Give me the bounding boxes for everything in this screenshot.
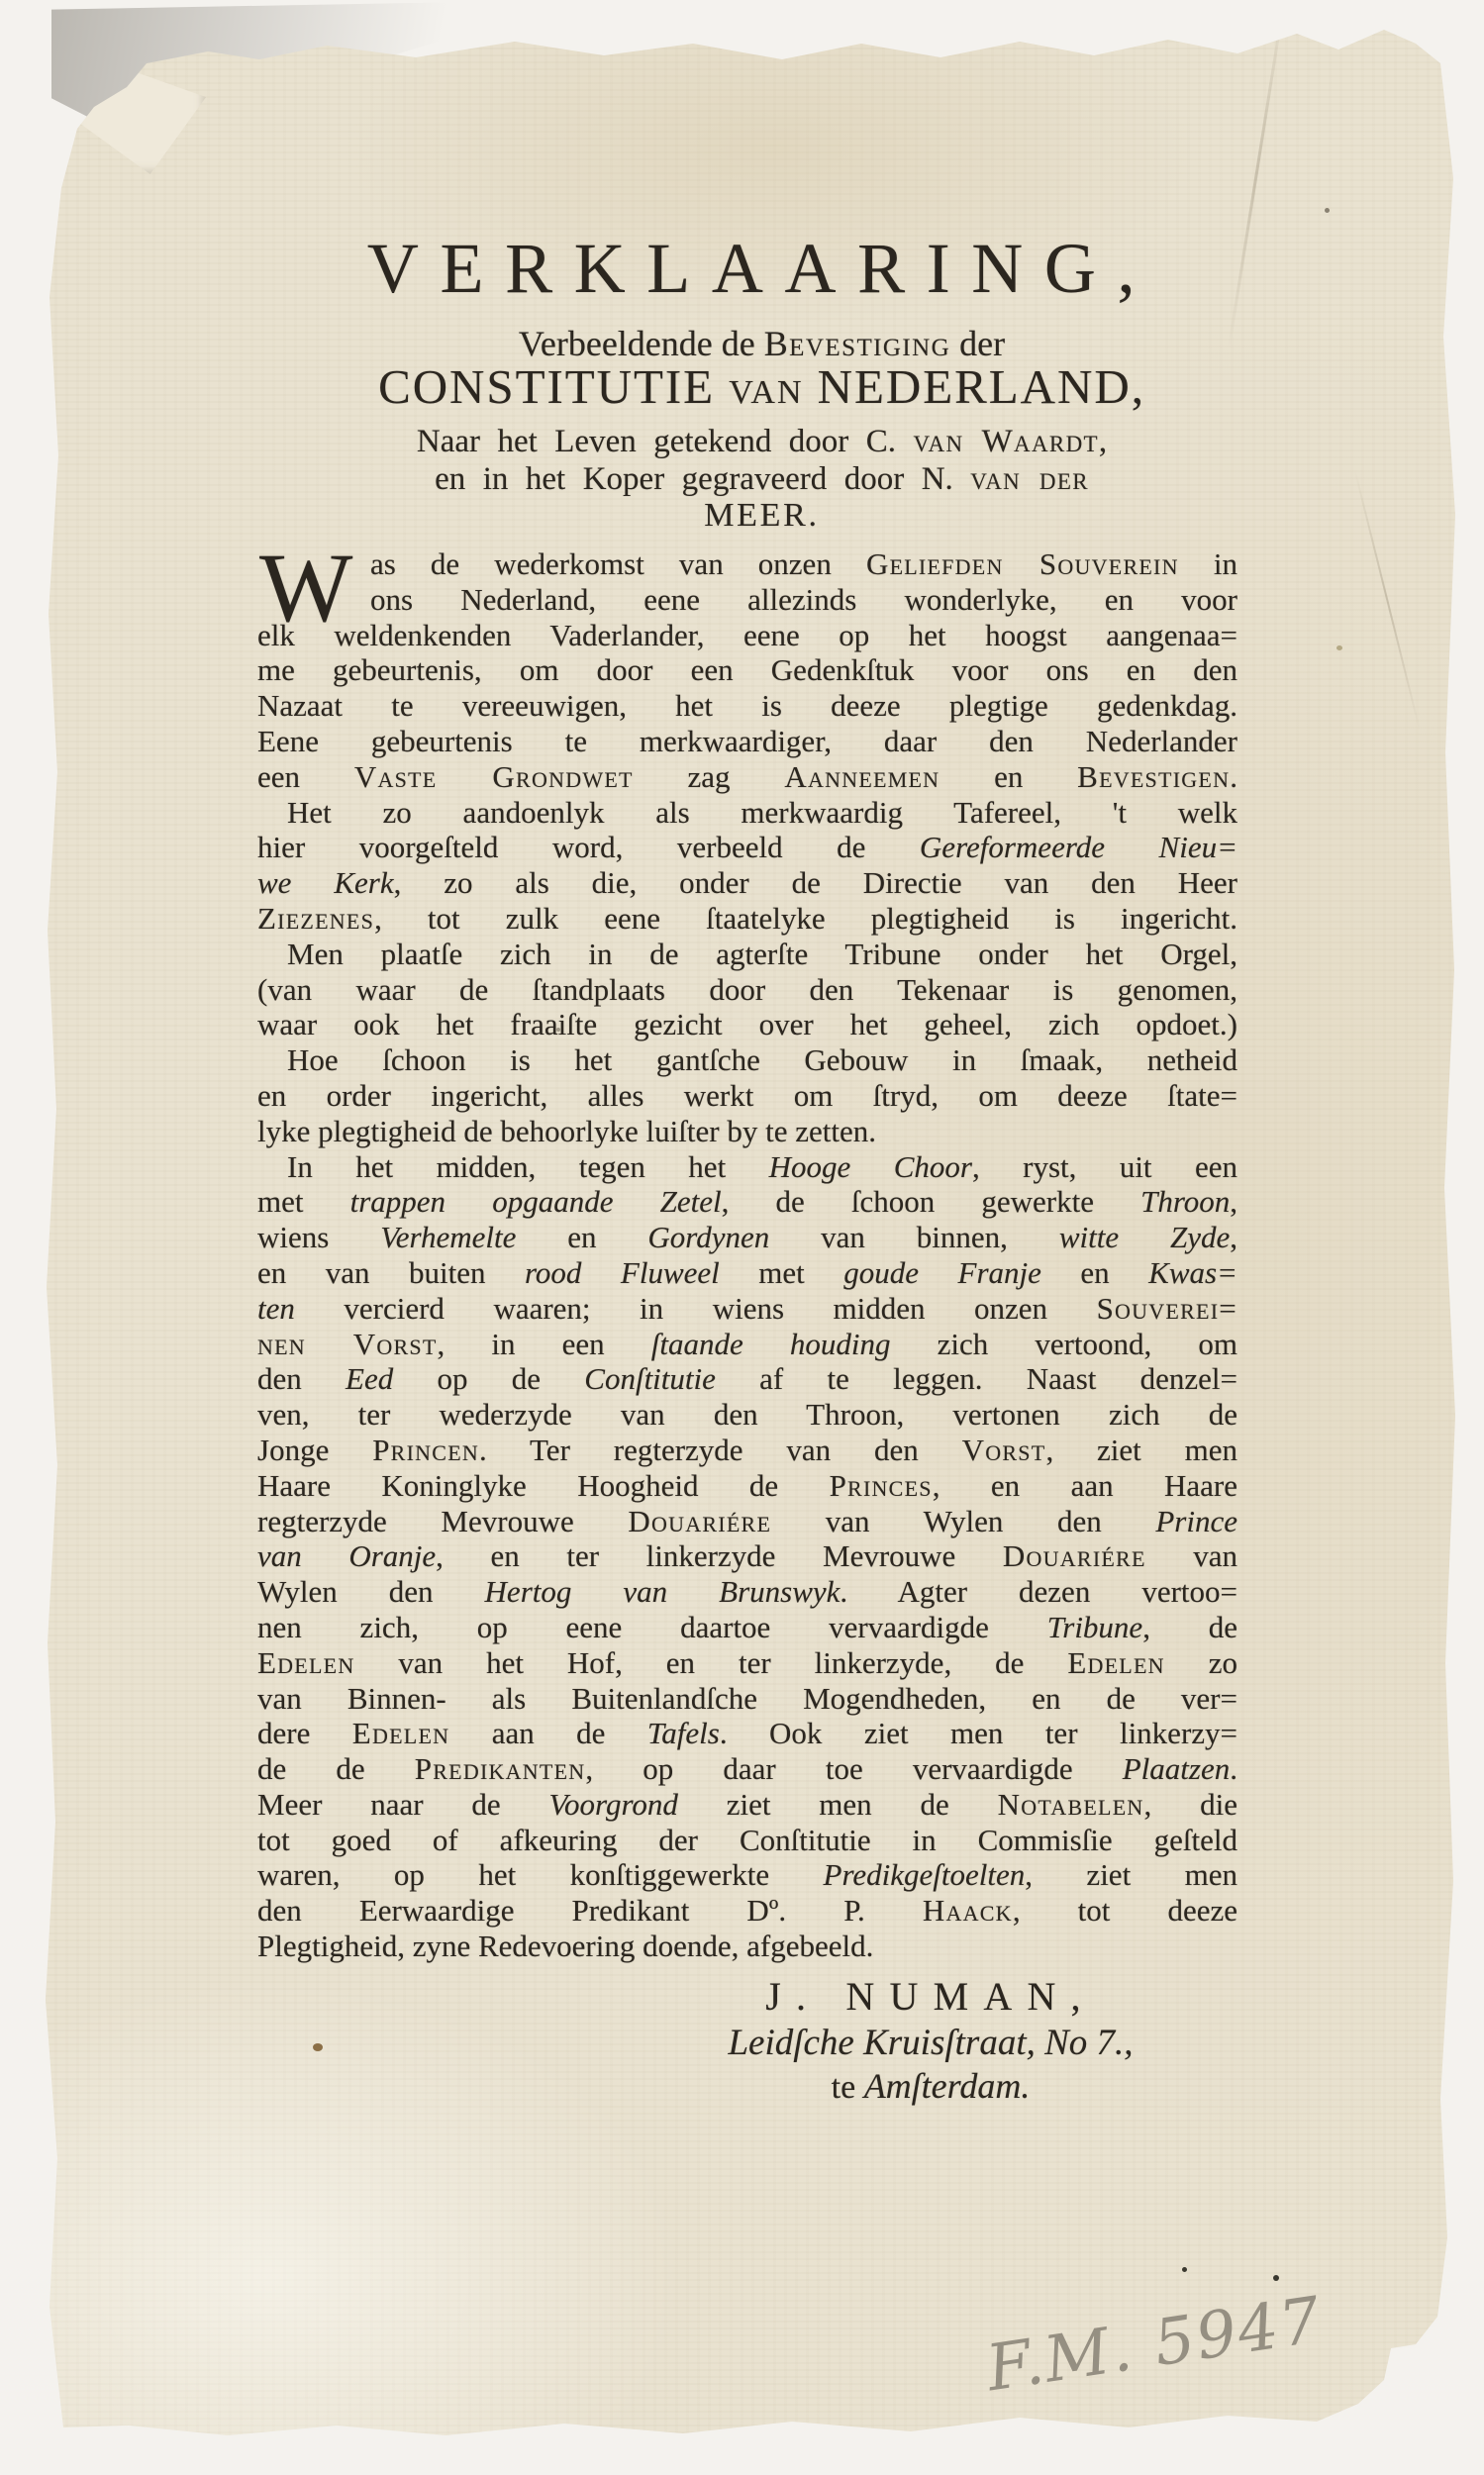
text-segment: . Agter dezen vertoo=	[840, 1574, 1237, 1609]
text-segment: vercierd waaren; in wiens midden onzen	[295, 1291, 1097, 1326]
text-segment: CONSTITUTIE	[378, 359, 729, 414]
text-segment: Predikgeſtoelten	[824, 1857, 1026, 1892]
text-segment: en	[516, 1220, 647, 1254]
text-segment: Gordynen	[647, 1220, 769, 1254]
text-segment: ten	[257, 1291, 295, 1326]
text-segment: , ziet men	[1045, 1433, 1237, 1467]
text-segment: waren, op het konſtiggewerkte	[257, 1857, 824, 1892]
text-segment: Plegtigheid, zyne Redevoering doende, af…	[257, 1929, 873, 1963]
text-segment: in	[1179, 546, 1237, 581]
body-line: den Eed op de Conſtitutie af te leggen. …	[257, 1361, 1237, 1397]
text-segment: een	[257, 759, 354, 794]
body-line: as de wederkomst van onzen Geliefden Sou…	[257, 546, 1237, 582]
foxing-speck	[1336, 645, 1342, 650]
body-line: Eene gebeurtenis te merkwaardiger, daar …	[257, 724, 1237, 759]
text-segment: Bevestigen	[1077, 759, 1230, 794]
body-line: Ziezenes, tot zulk eene ſtaatelyke plegt…	[257, 901, 1237, 937]
body-line: Meer naar de Voorgrond ziet men de Notab…	[257, 1787, 1237, 1823]
text-segment: en	[1041, 1255, 1148, 1290]
body-line: van Oranje, en ter linkerzyde Mevrouwe D…	[257, 1538, 1237, 1574]
body-line: me gebeurtenis, om door een Gedenkſtuk v…	[257, 652, 1237, 688]
page-subtitle-constitutie: CONSTITUTIE van NEDERLAND,	[59, 358, 1464, 415]
body-line: In het midden, tegen het Hooge Choor, ry…	[257, 1149, 1237, 1185]
text-segment: Men plaatſe zich in de agterſte Tribune …	[287, 937, 1237, 971]
text-segment: Edelen	[1067, 1645, 1164, 1680]
body-line: Jonge Princen. Ter regterzyde van den Vo…	[257, 1433, 1237, 1468]
text-segment: Souverei=	[1097, 1291, 1237, 1326]
text-segment: , zo als die, onder de Directie van den …	[394, 865, 1237, 900]
body-line: Haare Koninglyke Hoogheid de Princes, en…	[257, 1468, 1237, 1504]
text-segment: NEDERLAND,	[803, 359, 1144, 414]
text-segment: tot goed of afkeuring der Conſtitutie in…	[257, 1823, 1237, 1857]
body-line: regterzyde Mevrouwe Douariére van Wylen …	[257, 1504, 1237, 1539]
text-segment: Douariére	[628, 1504, 771, 1538]
text-segment: en in het Koper gegraveerd door N.	[435, 461, 970, 497]
body-line: Plegtigheid, zyne Redevoering doende, af…	[257, 1929, 1237, 1964]
text-segment: Throon	[1140, 1184, 1230, 1219]
body-line: Hoe ſchoon is het gantſche Gebouw in ſma…	[257, 1042, 1237, 1078]
body-line: Edelen van het Hof, en ter linkerzyde, d…	[257, 1645, 1237, 1681]
body-line: wiens Verhemelte en Gordynen van binnen,…	[257, 1220, 1237, 1255]
text-segment: ,	[1230, 1220, 1237, 1254]
text-segment: waar ook het fraaiſte gezicht over het g…	[257, 1007, 1237, 1041]
text-segment: dere	[257, 1716, 352, 1750]
text-segment: wiens	[257, 1220, 380, 1254]
body-line: ten vercierd waaren; in wiens midden onz…	[257, 1291, 1237, 1327]
text-segment: de de	[257, 1751, 415, 1786]
text-segment: van Binnen- als Buitenlandſche Mogendhed…	[257, 1681, 1237, 1716]
text-segment: ,	[1230, 1184, 1237, 1219]
body-line: elk weldenkenden Vaderlander, eene op he…	[257, 618, 1237, 653]
text-segment: af te leggen. Naast denzel=	[716, 1361, 1237, 1396]
body-line: Wylen den Hertog van Brunswyk. Agter dez…	[257, 1574, 1237, 1610]
text-segment: Tafels	[647, 1716, 720, 1750]
text-segment: ons Nederland, eene allezinds wonderlyke…	[370, 582, 1237, 617]
body-line: Nazaat te vereeuwigen, het is deeze pleg…	[257, 688, 1237, 724]
text-segment: Verhemelte	[380, 1220, 516, 1254]
text-segment: van	[729, 359, 803, 414]
text-segment: ven, ter wederzyde van den Throon, verto…	[257, 1397, 1237, 1432]
text-segment: Douariére	[1003, 1538, 1146, 1573]
text-segment: , en ter linkerzyde Mevrouwe	[436, 1538, 1003, 1573]
foxing-speck	[313, 2043, 323, 2051]
text-segment: Edelen	[257, 1645, 354, 1680]
body-line: van Binnen- als Buitenlandſche Mogendhed…	[257, 1681, 1237, 1717]
text-segment: Haack	[923, 1893, 1013, 1928]
body-line: en order ingericht, alles werkt om ſtryd…	[257, 1078, 1237, 1114]
text-segment: trappen opgaande Zetel	[350, 1184, 722, 1219]
text-segment: van Wylen den	[771, 1504, 1155, 1538]
publisher-address: Leidſche Kruisſtraat, No 7.,	[634, 2022, 1228, 2064]
text-segment: van der	[970, 461, 1089, 497]
text-segment: , in een	[438, 1327, 651, 1361]
text-segment: , de	[1142, 1610, 1237, 1644]
text-segment: Princes	[830, 1468, 933, 1503]
text-segment: Aanneemen	[784, 759, 940, 794]
text-segment: Hooge Choor	[769, 1149, 972, 1184]
foxing-speck	[1273, 2275, 1279, 2281]
text-segment: op de	[393, 1361, 584, 1396]
text-segment: Gereformeerde Nieu=	[920, 830, 1237, 864]
text-segment: van binnen,	[769, 1220, 1059, 1254]
body-line: waren, op het konſtiggewerkte Predikgeſt…	[257, 1857, 1237, 1893]
body-text: W as de wederkomst van onzen Geliefden S…	[257, 546, 1237, 1964]
text-segment: , op daar toe vervaardigde	[585, 1751, 1122, 1786]
text-segment: van het Hof, en ter linkerzyde, de	[354, 1645, 1067, 1680]
text-segment: Jonge	[257, 1433, 372, 1467]
text-segment: van Oranje	[257, 1538, 436, 1573]
body-line: Het zo aandoenlyk als merkwaardig Tafere…	[257, 795, 1237, 831]
body-line: dere Edelen aan de Tafels. Ook ziet men …	[257, 1716, 1237, 1751]
body-line: nen Vorst, in een ſtaande houding zich v…	[257, 1327, 1237, 1362]
credit-line-engraving: en in het Koper gegraveerd door N. van d…	[59, 461, 1464, 498]
publisher-name: J. NUMAN,	[634, 1973, 1228, 2020]
text-segment: , tot deeze	[1013, 1893, 1237, 1928]
text-segment: goude Franje	[843, 1255, 1041, 1290]
publisher-city-prefix: te	[832, 2069, 864, 2106]
text-segment: Vaste Grondwet	[354, 759, 634, 794]
text-segment: Notabelen	[998, 1787, 1144, 1822]
body-line: waar ook het fraaiſte gezicht over het g…	[257, 1007, 1237, 1042]
body-line: we Kerk, zo als die, onder de Directie v…	[257, 865, 1237, 901]
text-segment: nen Vorst	[257, 1327, 438, 1361]
body-line: een Vaste Grondwet zag Aanneemen en Beve…	[257, 759, 1237, 795]
body-line: ven, ter wederzyde van den Throon, verto…	[257, 1397, 1237, 1433]
text-segment: , ziet men	[1025, 1857, 1237, 1892]
publisher-city: te Amſterdam.	[634, 2065, 1228, 2107]
text-segment: Plaatzen	[1123, 1751, 1231, 1786]
text-segment: lyke plegtigheid de behoorlyke luiſter b…	[257, 1114, 876, 1148]
text-segment: (van waar de ſtandplaats door den Tekena…	[257, 972, 1237, 1007]
text-segment: en order ingericht, alles werkt om ſtryd…	[257, 1078, 1237, 1113]
body-line: lyke plegtigheid de behoorlyke luiſter b…	[257, 1114, 1237, 1149]
text-segment: Het zo aandoenlyk als merkwaardig Tafere…	[287, 795, 1237, 830]
text-segment: Tribune	[1047, 1610, 1142, 1644]
text-segment: .	[1230, 1751, 1237, 1786]
text-segment: Verbeeldende de	[519, 324, 764, 363]
body-line: den Eerwaardige Predikant Dº. P. Haack, …	[257, 1893, 1237, 1929]
text-segment: ſtaande houding	[651, 1327, 891, 1361]
body-line: Men plaatſe zich in de agterſte Tribune …	[257, 937, 1237, 972]
text-segment: elk weldenkenden Vaderlander, eene op he…	[257, 618, 1237, 652]
text-segment: as de wederkomst van onzen	[370, 546, 866, 581]
text-segment: Eed	[346, 1361, 393, 1396]
text-segment: Hoe ſchoon is het gantſche Gebouw in ſma…	[287, 1042, 1237, 1077]
text-segment: Bevestiging	[764, 324, 950, 363]
text-segment: Princen	[372, 1433, 479, 1467]
text-segment: Geliefden Souverein	[866, 546, 1179, 581]
body-line: met trappen opgaande Zetel, de ſchoon ge…	[257, 1184, 1237, 1220]
text-segment: .	[1230, 759, 1237, 794]
foxing-speck	[1325, 208, 1330, 213]
drop-cap: W	[259, 539, 352, 638]
body-line: tot goed of afkeuring der Conſtitutie in…	[257, 1823, 1237, 1858]
page-title: VERKLAARING,	[59, 228, 1464, 310]
text-segment: witte Zyde	[1059, 1220, 1230, 1254]
text-segment: In het midden, tegen het	[287, 1149, 769, 1184]
text-segment: Eene gebeurtenis te merkwaardiger, daar …	[257, 724, 1237, 758]
text-segment: Conſtitutie	[584, 1361, 716, 1396]
text-segment: en	[940, 759, 1077, 794]
text-segment: Naar het Leven getekend door C.	[417, 424, 914, 459]
text-segment: . Ter regterzyde van den	[479, 1433, 962, 1467]
text-segment: , ryst, uit een	[972, 1149, 1237, 1184]
text-segment: hier voorgeſteld word, verbeeld de	[257, 830, 920, 864]
text-segment: nen zich, op eene daartoe vervaardigde	[257, 1610, 1047, 1644]
text-segment: Edelen	[352, 1716, 449, 1750]
text-segment: zich vertoond, om	[890, 1327, 1237, 1361]
credit-line-drawing: Naar het Leven getekend door C. van Waar…	[59, 424, 1464, 460]
text-segment: . Ook ziet men ter linkerzy=	[720, 1716, 1237, 1750]
text-segment: Wylen den	[257, 1574, 485, 1609]
text-segment: Kwas=	[1148, 1255, 1237, 1290]
text-segment: van	[1146, 1538, 1237, 1573]
text-segment: met	[257, 1184, 350, 1219]
text-segment: en van buiten	[257, 1255, 525, 1290]
text-segment: , tot zulk eene ſtaatelyke plegtigheid i…	[374, 901, 1237, 936]
text-segment: , en aan Haare	[933, 1468, 1237, 1503]
text-segment: Nazaat te vereeuwigen, het is deeze pleg…	[257, 688, 1237, 723]
body-line: en van buiten rood Fluweel met goude Fra…	[257, 1255, 1237, 1291]
publisher-city-name: Amſterdam.	[864, 2066, 1031, 2106]
body-line: (van waar de ſtandplaats door den Tekena…	[257, 972, 1237, 1008]
text-segment: rood Fluweel	[525, 1255, 720, 1290]
body-line: ons Nederland, eene allezinds wonderlyke…	[257, 582, 1237, 618]
foxing-speck	[1182, 2267, 1187, 2272]
text-segment: Prince	[1155, 1504, 1237, 1538]
text-segment: aan de	[449, 1716, 647, 1750]
document-scan: VERKLAARING, Verbeeldende de Bevestiging…	[0, 0, 1484, 2475]
text-segment: , de ſchoon gewerkte	[722, 1184, 1141, 1219]
text-segment: zo	[1165, 1645, 1237, 1680]
text-segment: Meer naar de	[257, 1787, 549, 1822]
text-segment: met	[720, 1255, 843, 1290]
text-segment: der	[950, 324, 1005, 363]
text-segment: zag	[634, 759, 785, 794]
text-segment: Hertog van Brunswyk	[485, 1574, 841, 1609]
text-segment: Voorgrond	[549, 1787, 678, 1822]
text-segment: , die	[1144, 1787, 1237, 1822]
text-segment: ziet men de	[678, 1787, 998, 1822]
text-segment: Predikanten	[415, 1751, 586, 1786]
text-segment: Vorst	[962, 1433, 1046, 1467]
text-segment: me gebeurtenis, om door een Gedenkſtuk v…	[257, 652, 1237, 687]
text-segment: Ziezenes	[257, 901, 374, 936]
text-segment: van Waardt	[914, 424, 1099, 459]
text-segment: den	[257, 1361, 346, 1396]
text-segment: Haare Koninglyke Hoogheid de	[257, 1468, 830, 1503]
body-line: de de Predikanten, op daar toe vervaardi…	[257, 1751, 1237, 1787]
text-segment: ,	[1099, 424, 1107, 459]
text-segment: regterzyde Mevrouwe	[257, 1504, 628, 1538]
text-segment: den Eerwaardige Predikant Dº. P.	[257, 1893, 923, 1928]
text-segment: we Kerk	[257, 865, 394, 900]
body-line: hier voorgeſteld word, verbeeld de Geref…	[257, 830, 1237, 865]
body-line: nen zich, op eene daartoe vervaardigde T…	[257, 1610, 1237, 1645]
credit-line-engraver-name: MEER.	[59, 497, 1464, 535]
